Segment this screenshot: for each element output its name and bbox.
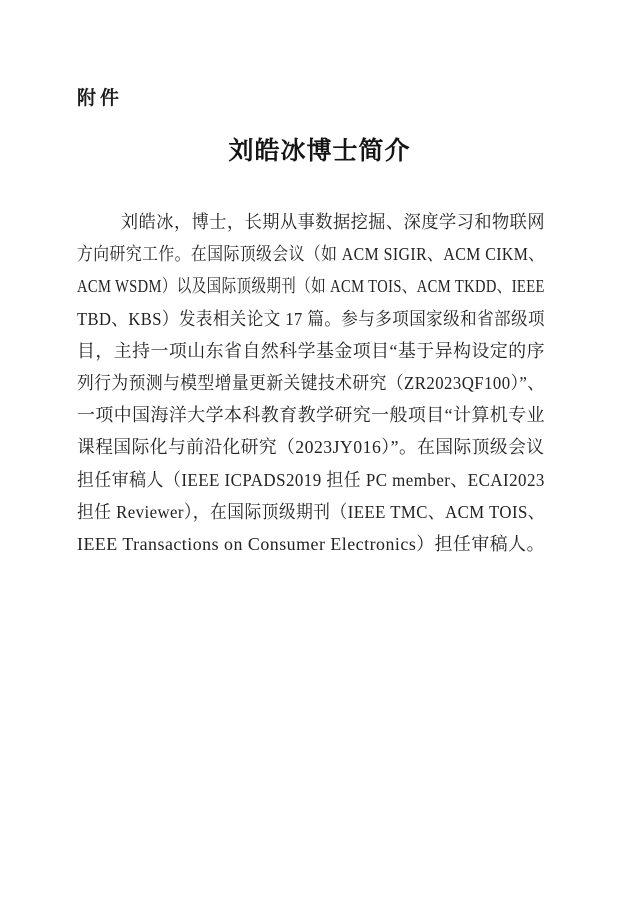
page-title: 刘皓冰博士简介 <box>0 131 639 167</box>
paragraph-line: 担任 Reviewer），在国际顶级期刊（IEEE TMC、ACM TOIS、 <box>77 496 512 528</box>
paragraph-line: IEEE Transactions on Consumer Electronic… <box>77 528 542 560</box>
paragraph-line: 一项中国海洋大学本科教育教学研究一般项目“计算机专业 <box>77 399 542 431</box>
paragraph-line: 担任审稿人（IEEE ICPADS2019 担任 PC member、ECAI2… <box>77 464 517 496</box>
paragraph-line: TBD、KBS）发表相关论文 17 篇。参与多项国家级和省部级项 <box>77 303 506 335</box>
bio-paragraph: 刘皓冰，博士，长期从事数据挖掘、深度学习和物联网 方向研究工作。在国际顶级会议（… <box>77 206 545 560</box>
paragraph-line: 方向研究工作。在国际顶级会议（如 ACM SIGIR、ACM CIKM、 <box>77 238 489 270</box>
attachment-label: 附件 <box>77 83 123 110</box>
paragraph-line: ACM WSDM）以及国际顶级期刊（如 ACM TOIS、ACM TKDD、IE… <box>77 270 455 302</box>
paragraph-line: 目，主持一项山东省自然科学基金项目“基于异构设定的序 <box>77 335 542 367</box>
document-page: 附件 刘皓冰博士简介 刘皓冰，博士，长期从事数据挖掘、深度学习和物联网 方向研究… <box>0 0 639 905</box>
paragraph-line: 列行为预测与模型增量更新关键技术研究（ZR2023QF100）”、 <box>77 367 512 399</box>
paragraph-line: 刘皓冰，博士，长期从事数据挖掘、深度学习和物联网 <box>77 206 524 238</box>
paragraph-line: 课程国际化与前沿化研究（2023JY016）”。在国际顶级会议 <box>77 431 537 463</box>
